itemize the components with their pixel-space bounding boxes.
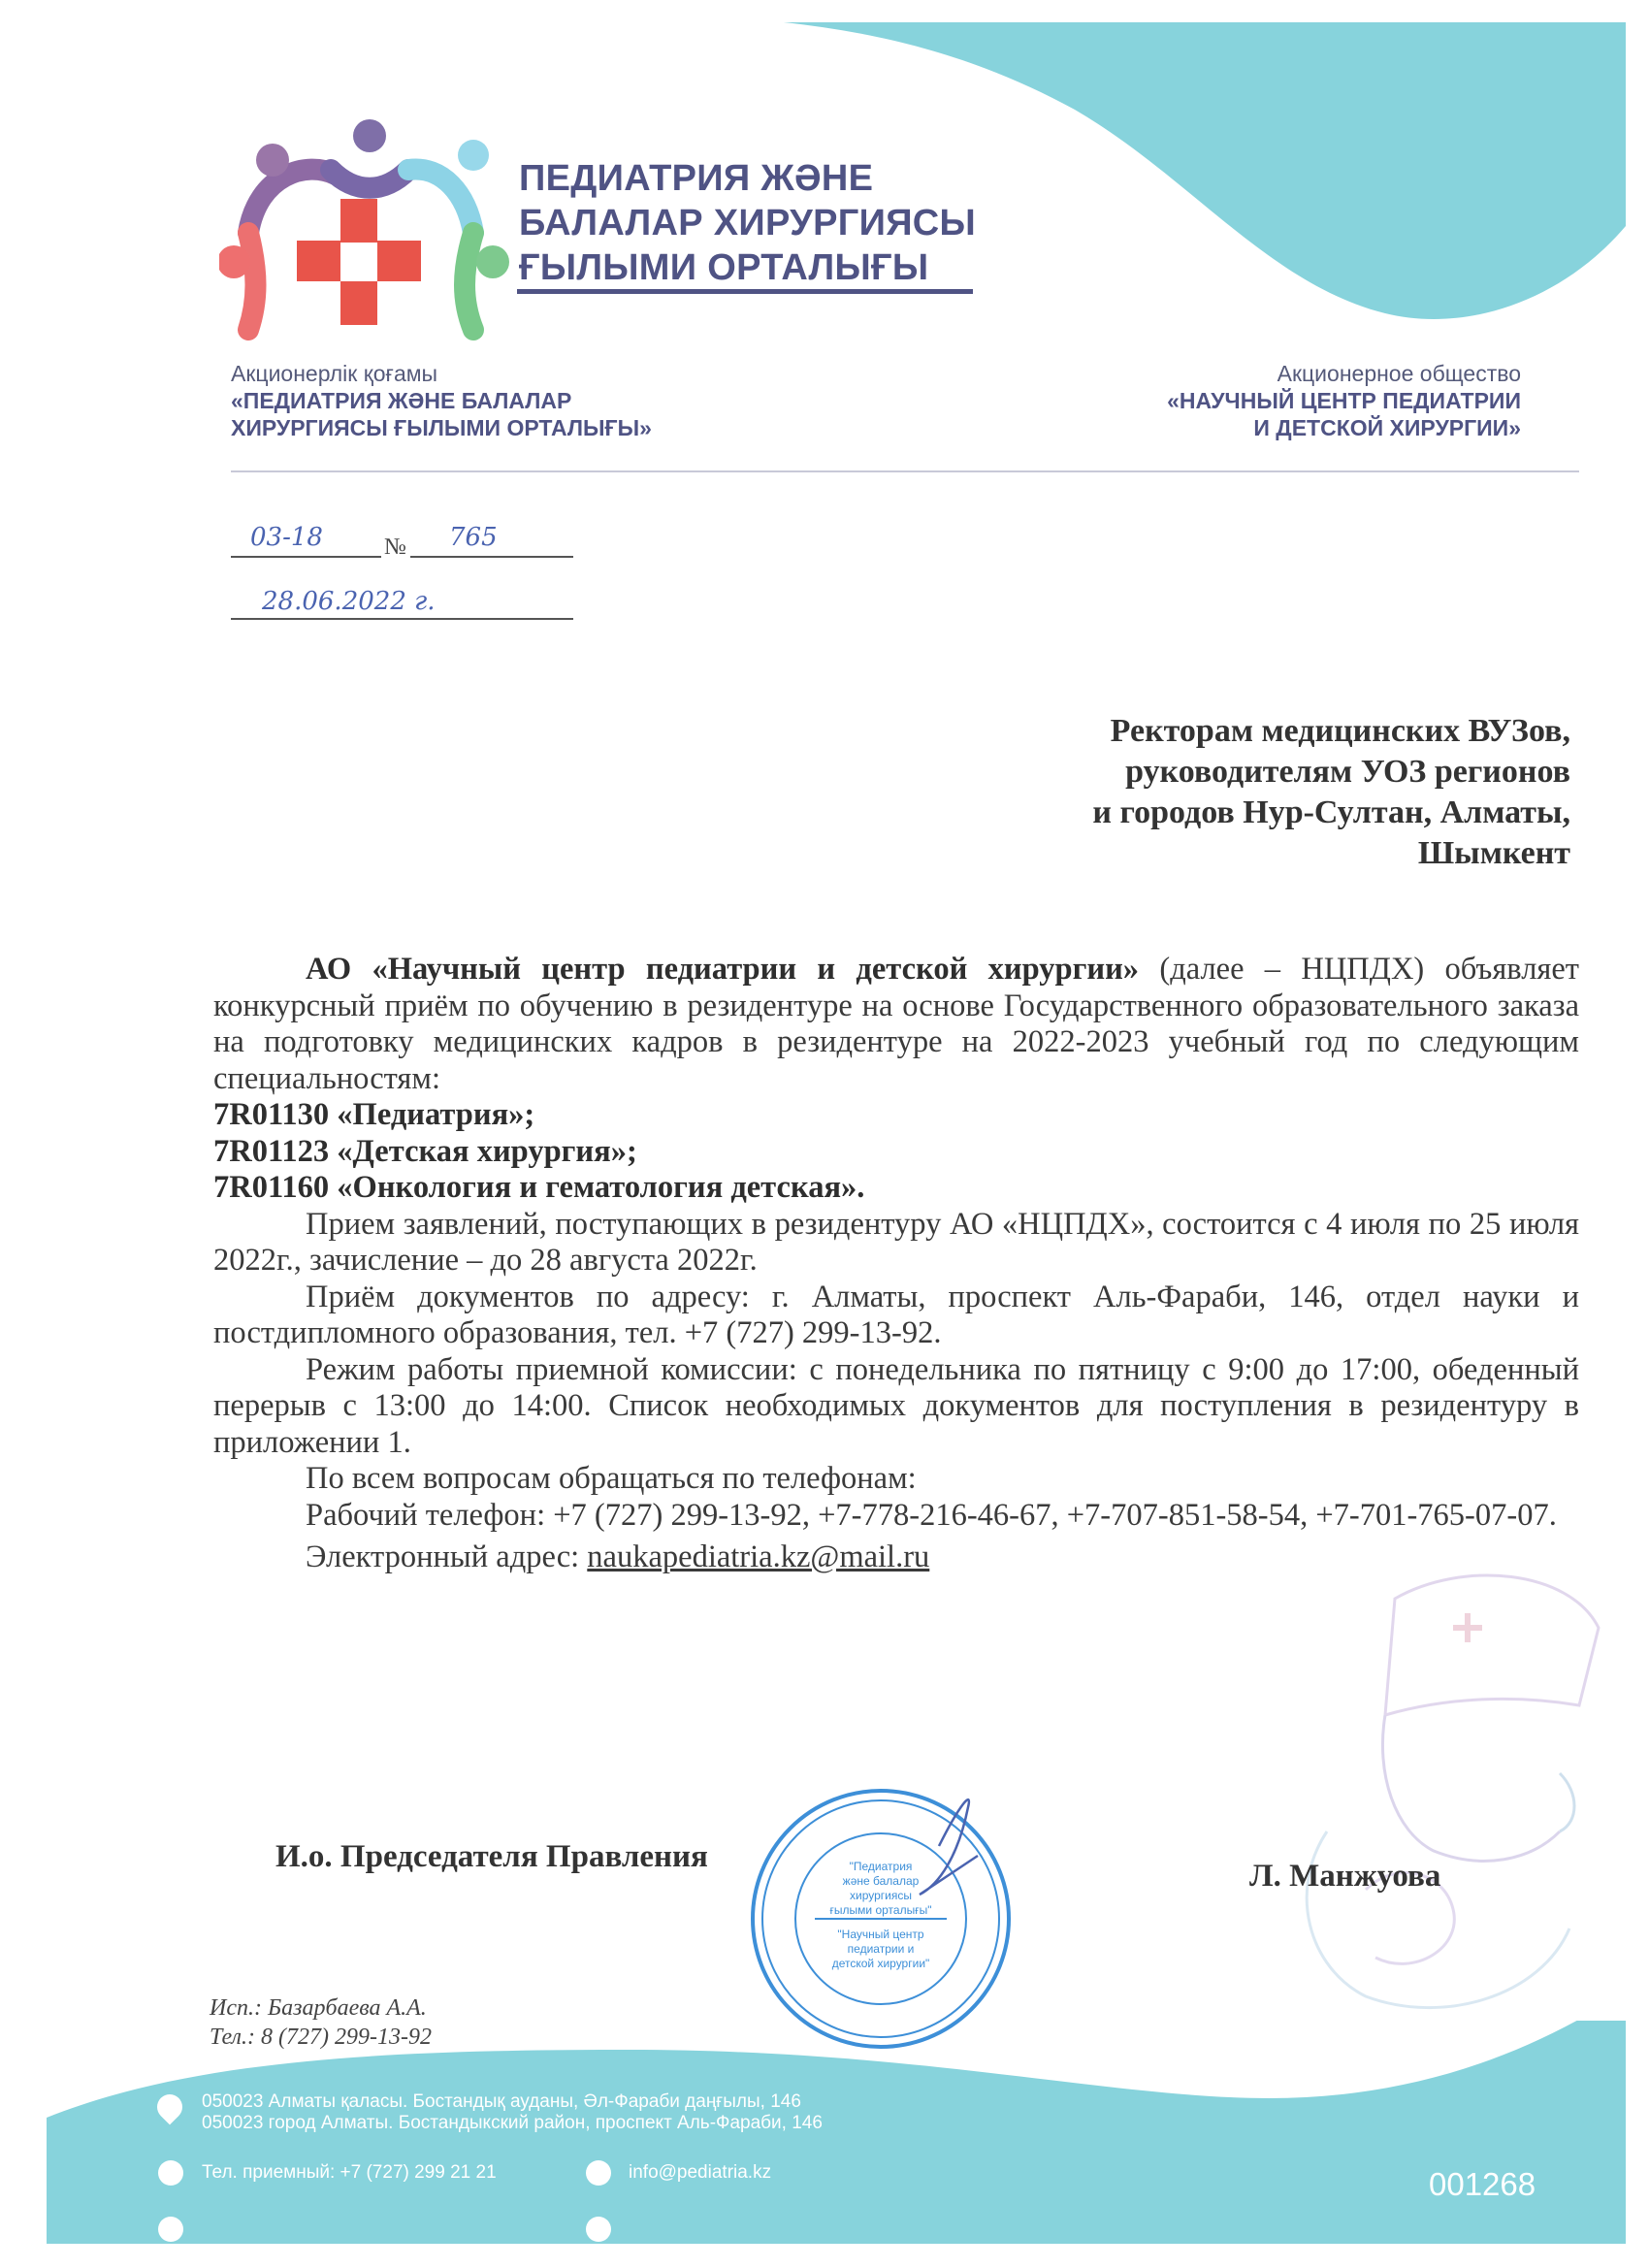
intro-org-name: АО «Научный центр педиатрии и детской хи… <box>306 952 1139 987</box>
stamp-center-line: детской хирургии" <box>832 1957 930 1970</box>
brand-underline <box>517 289 973 294</box>
fax-icon <box>158 2217 183 2242</box>
letter-body: АО «Научный центр педиатрии и детской хи… <box>213 952 1579 1576</box>
org-name-kz-line-1: «ПЕДИАТРИЯ ЖӘНЕ БАЛАЛАР <box>231 387 652 414</box>
org-name-kz-line-2: ХИРУРГИЯСЫ ҒЫЛЫМИ ОРТАЛЫҒЫ» <box>231 414 652 441</box>
letter-page: ПЕДИАТРИЯ ЖӘНЕ БАЛАЛАР ХИРУРГИЯСЫ ҒЫЛЫМИ… <box>47 22 1626 2244</box>
executor-name: Исп.: Базарбаева А.А. <box>210 1993 432 2023</box>
index-underline <box>231 556 381 558</box>
phones-paragraph: Рабочий телефон: +7 (727) 299-13-92, +7-… <box>213 1498 1579 1535</box>
working-hours-paragraph: Режим работы приемной комиссии: с понеде… <box>213 1352 1579 1462</box>
outgoing-number: 765 <box>449 523 498 552</box>
brand-title: ПЕДИАТРИЯ ЖӘНЕ БАЛАЛАР ХИРУРГИЯСЫ ҒЫЛЫМИ… <box>519 156 976 290</box>
brand-line-1: ПЕДИАТРИЯ ЖӘНЕ <box>519 156 976 201</box>
web-icon <box>586 2217 611 2242</box>
footer-email: info@pediatria.kz <box>629 2162 771 2184</box>
footer-address-kz: 050023 Алматы қаласы. Бостандық ауданы, … <box>202 2091 801 2113</box>
number-underline <box>410 556 573 558</box>
number-sign: № <box>384 535 406 561</box>
outgoing-date: 28.06.2022 г. <box>262 587 436 616</box>
stamp-center-line: "Научный центр <box>837 1928 924 1941</box>
email-icon <box>586 2160 611 2186</box>
footer-phone: Тел. приемный: +7 (727) 299 21 21 <box>202 2162 497 2184</box>
brand-line-2: БАЛАЛАР ХИРУРГИЯСЫ <box>519 201 976 245</box>
addressee-line: Ректорам медицинских ВУЗов, <box>1092 711 1570 752</box>
brand-line-3: ҒЫЛЫМИ ОРТАЛЫҒЫ <box>519 245 976 290</box>
stamp-center-line: ғылыми орталығы" <box>830 1903 932 1917</box>
organization-logo <box>219 116 510 349</box>
signatory-name: Л. Манжуова <box>1249 1859 1440 1895</box>
outgoing-index: 03-18 <box>250 523 323 552</box>
letterhead-serial-number: 001268 <box>1429 2166 1536 2203</box>
header-right-org-ru: Акционерное общество «НАУЧНЫЙ ЦЕНТР ПЕДИ… <box>1167 360 1521 441</box>
org-type-kz: Акционерлік қоғамы <box>231 360 652 387</box>
stamp-center-line: және балалар <box>843 1874 920 1888</box>
doctor-baby-watermark <box>1249 1540 1626 2025</box>
official-seal-stamp: "Педиатрия және балалар хирургиясы ғылым… <box>745 1768 1026 2059</box>
addressee-block: Ректорам медицинских ВУЗов, руководителя… <box>1092 711 1570 874</box>
addressee-line: Шымкент <box>1092 833 1570 874</box>
header-divider <box>231 470 1579 472</box>
header-left-org-kz: Акционерлік қоғамы «ПЕДИАТРИЯ ЖӘНЕ БАЛАЛ… <box>231 360 652 441</box>
addressee-line: и городов Нур-Султан, Алматы, <box>1092 793 1570 833</box>
org-name-ru-line-2: И ДЕТСКОЙ ХИРУРГИИ» <box>1167 414 1521 441</box>
footer-address-ru: 050023 город Алматы. Бостандыкский район… <box>202 2113 823 2134</box>
specialty-item: 7R01160 «Онкология и гематология детская… <box>213 1170 1579 1207</box>
contact-email-link[interactable]: naukapediatria.kz@mail.ru <box>587 1539 929 1574</box>
specialty-item: 7R01123 «Детская хирургия»; <box>213 1134 1579 1171</box>
email-label: Электронный адрес: <box>306 1539 587 1574</box>
documents-address-paragraph: Приём документов по адресу: г. Алматы, п… <box>213 1280 1579 1352</box>
signatory-title: И.о. Председателя Правления <box>275 1839 708 1875</box>
contacts-intro-paragraph: По всем вопросам обращаться по телефонам… <box>213 1461 1579 1498</box>
stamp-center-line: хирургиясы <box>850 1889 912 1902</box>
date-underline <box>231 618 573 620</box>
stamp-center-line: педиатрии и <box>848 1942 915 1956</box>
stamp-center-line: "Педиатрия <box>850 1860 913 1873</box>
phone-icon <box>158 2160 183 2186</box>
addressee-line: руководителям УОЗ регионов <box>1092 752 1570 793</box>
org-type-ru: Акционерное общество <box>1167 360 1521 387</box>
org-name-ru-line-1: «НАУЧНЫЙ ЦЕНТР ПЕДИАТРИИ <box>1167 387 1521 414</box>
application-dates-paragraph: Прием заявлений, поступающих в резиденту… <box>213 1207 1579 1280</box>
specialty-item: 7R01130 «Педиатрия»; <box>213 1097 1579 1134</box>
